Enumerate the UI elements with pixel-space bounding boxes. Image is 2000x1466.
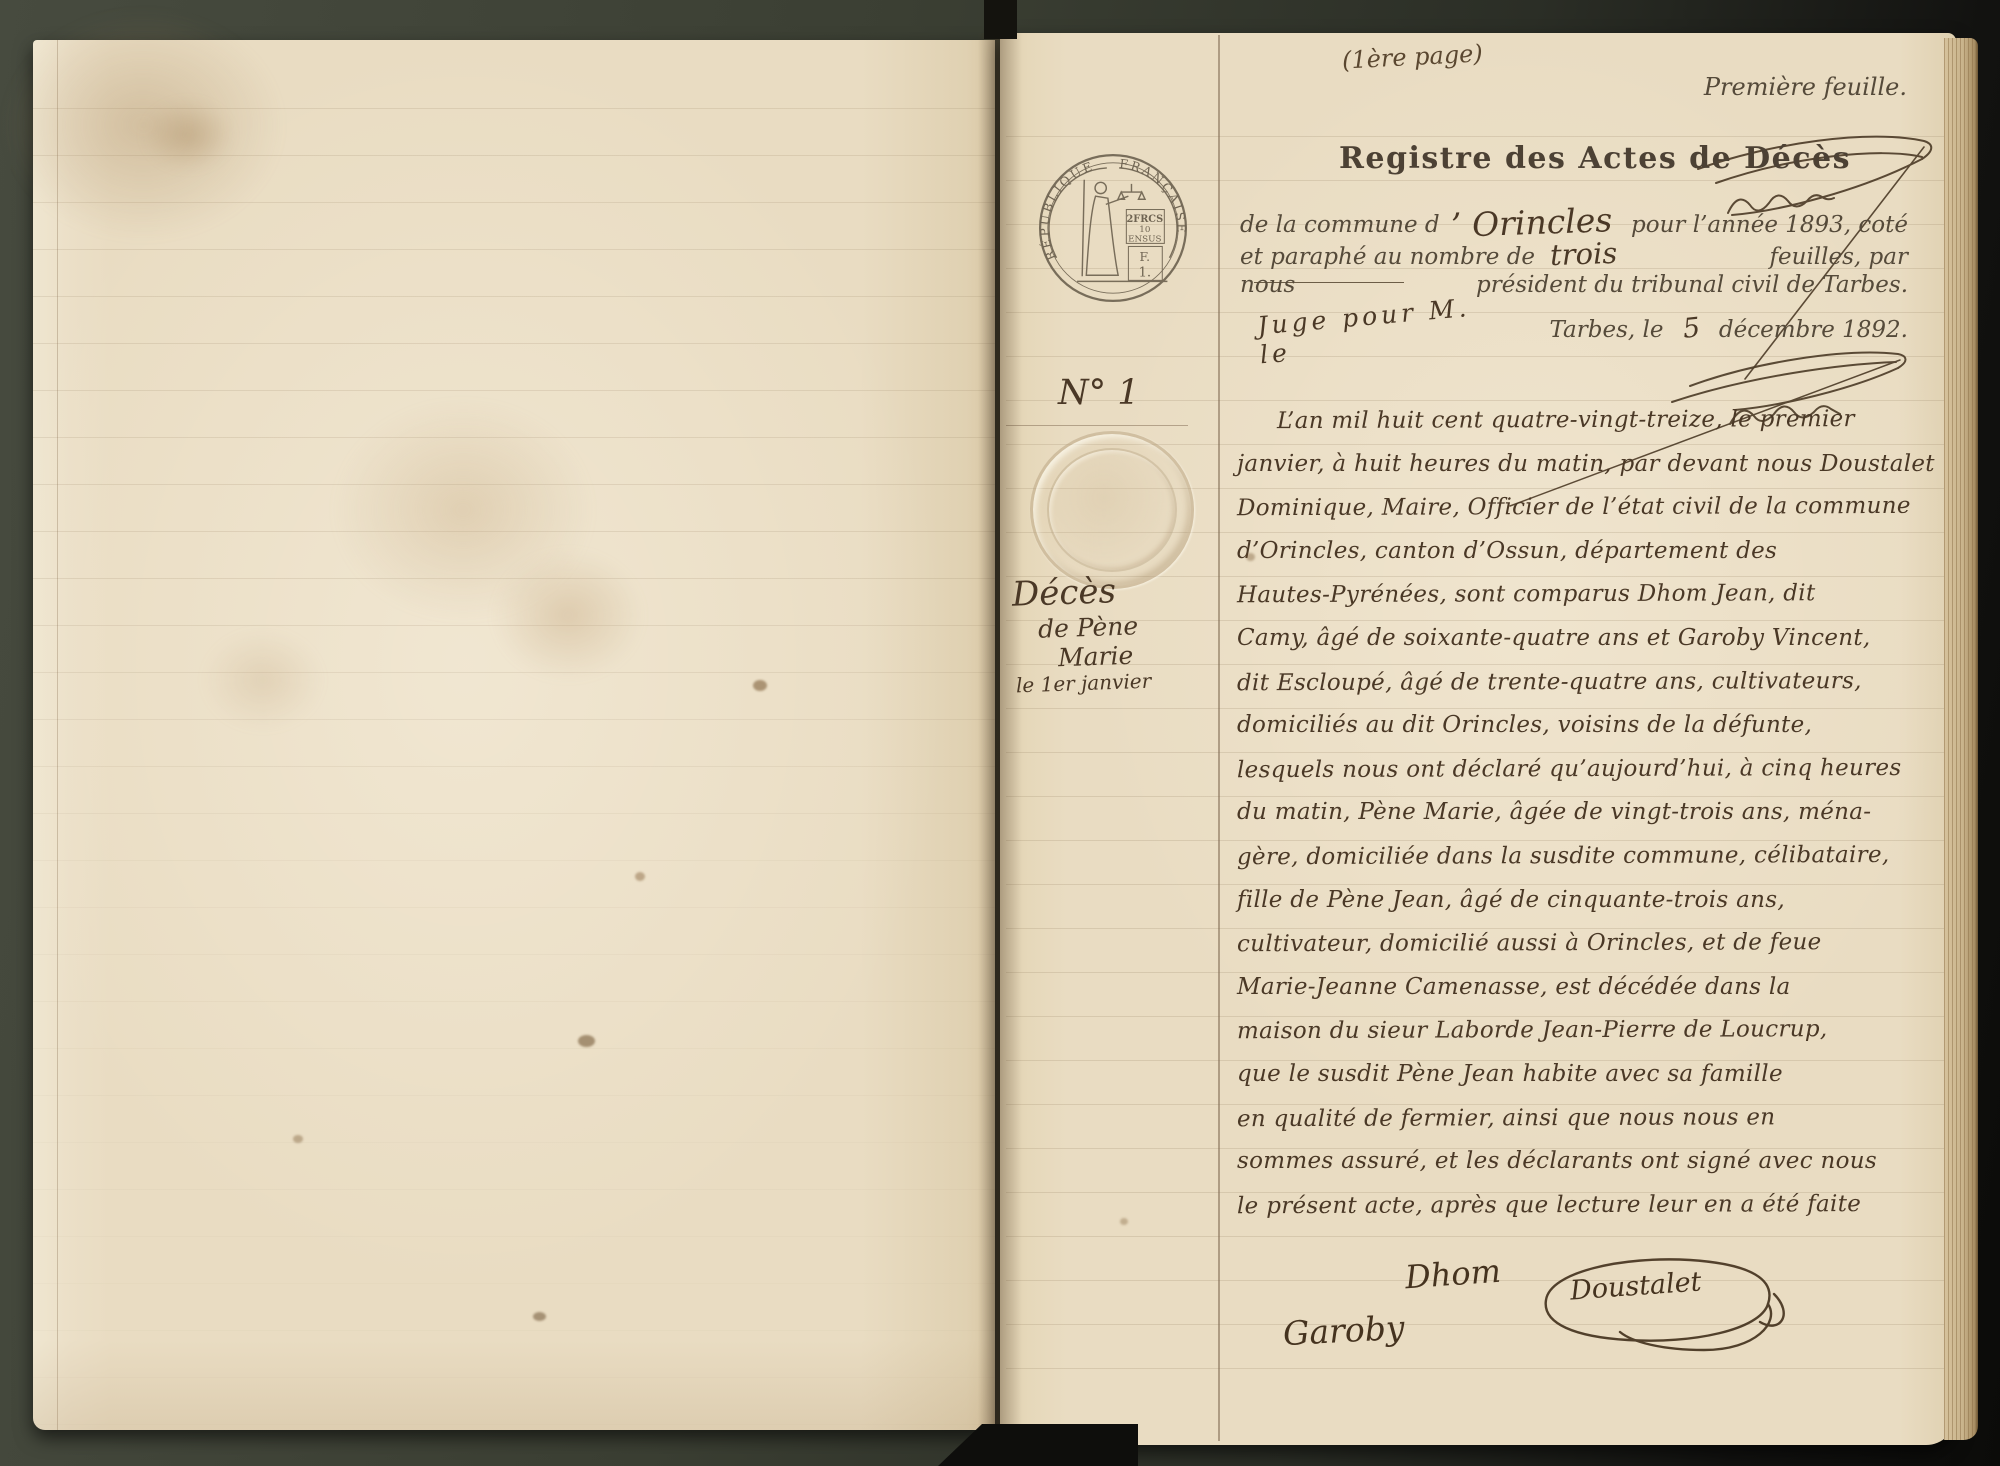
- printed-text: feuilles, par: [1770, 244, 1908, 270]
- svg-text:RÉPUBLIQUE: RÉPUBLIQUE: [1038, 159, 1097, 262]
- paper-stain: [203, 630, 323, 730]
- revenue-stamp-icon: RÉPUBLIQUE FRANÇAISE 2FRCS 10 ENSUS F. 1…: [1036, 151, 1190, 305]
- signature-garoby: Garoby: [1282, 1308, 1405, 1353]
- foxing-speck: [533, 1312, 546, 1321]
- margin-note: Décès de Pène Marie le 1er janvier: [1012, 573, 1212, 695]
- paper-stain: [493, 550, 643, 680]
- foxing-speck: [578, 1035, 595, 1047]
- embossed-seal: [1030, 431, 1194, 589]
- body-line: d’Orincles, canton d’Ossun, département …: [1237, 530, 1943, 574]
- ruled-lines: [33, 62, 995, 1430]
- body-line: fille de Pène Jean, âgé de cinquante-tro…: [1237, 879, 1943, 923]
- paper-stain: [143, 100, 233, 170]
- printed-text: pour l’année 1893, coté: [1631, 212, 1908, 238]
- body-line: cultivateur, domicilié aussi à Orincles,…: [1237, 921, 1943, 967]
- body-line: sommes assuré, et les déclarants ont sig…: [1237, 1140, 1943, 1184]
- body-line: lesquels nous ont déclaré qu’aujourd’hui…: [1237, 747, 1943, 793]
- stamp-arc-left: RÉPUBLIQUE: [1038, 159, 1097, 262]
- body-line: le présent acte, après que lecture leur …: [1237, 1182, 1943, 1228]
- body-line: Camy, âgé de soixante-quatre ans et Garo…: [1237, 617, 1943, 661]
- foxing-speck: [293, 1135, 303, 1143]
- body-line: en qualité de fermier, ainsi que nous no…: [1237, 1095, 1943, 1141]
- signature-oval-flourish-icon: [1512, 1238, 1802, 1378]
- act-body: L’an mil huit cent quatre-vingt-treize, …: [1237, 399, 1943, 1227]
- form-line-commune: de la commune d ’ Orincles pour l’année …: [1240, 201, 1908, 240]
- body-line: Hautes-Pyrénées, sont comparus Dhom Jean…: [1237, 572, 1943, 618]
- printed-text: de la commune d: [1240, 212, 1440, 238]
- gutter-shadow: [978, 33, 1022, 1433]
- page-title: Registre des Actes de Décès: [1250, 141, 1940, 176]
- foxing-speck: [1120, 1218, 1128, 1225]
- page-edge-stack: [1944, 38, 1978, 1440]
- binding-shadow-bottom: [938, 1424, 1138, 1466]
- body-line: Marie-Jeanne Camenasse, est décédée dans…: [1237, 966, 1943, 1010]
- foxing-speck: [753, 680, 767, 691]
- margin-note-line: Décès: [1011, 571, 1116, 615]
- body-line: janvier, à huit heures du matin, par dev…: [1237, 443, 1943, 487]
- stamp-value: ENSUS: [1128, 234, 1161, 244]
- body-line: maison du sieur Laborde Jean-Pierre de L…: [1237, 1008, 1943, 1054]
- body-line: du matin, Pène Marie, âgée de vingt-troi…: [1237, 791, 1943, 835]
- margin-rule: [1218, 35, 1220, 1441]
- margin-note-line: Marie: [1058, 641, 1134, 673]
- foxing-speck: [635, 872, 645, 881]
- margin-note-line: de Pène: [1038, 611, 1139, 643]
- act-number: N° 1: [1058, 373, 1140, 413]
- body-line: que le susdit Pène Jean habite avec sa f…: [1237, 1053, 1943, 1097]
- body-line: Dominique, Maire, Officier de l’état civ…: [1237, 485, 1943, 531]
- page-number-note: (1ère page): [1341, 39, 1483, 74]
- right-page: RÉPUBLIQUE FRANÇAISE 2FRCS 10 ENSUS F. 1…: [1000, 33, 1956, 1445]
- signature-dhom: Dhom: [1404, 1252, 1502, 1297]
- foxing-speck: [1246, 553, 1255, 561]
- body-line: dit Escloupé, âgé de trente-quatre ans, …: [1237, 659, 1943, 705]
- act-number-underline: [1006, 425, 1188, 426]
- body-line: L’an mil huit cent quatre-vingt-treize, …: [1237, 398, 1943, 444]
- printed-text: président du tribunal civil de Tarbes.: [1476, 272, 1908, 298]
- binding-strip-top: [984, 0, 1017, 39]
- printed-text: nous: [1240, 272, 1295, 298]
- body-line: gère, domiciliée dans la susdite commune…: [1237, 834, 1943, 880]
- handwritten-count: trois: [1550, 236, 1618, 272]
- margin-note-line: le 1er janvier: [1016, 669, 1152, 698]
- printed-text: et paraphé au nombre de: [1240, 244, 1535, 270]
- under-sheet-edge: [57, 40, 58, 1430]
- stamp-value: F.: [1140, 250, 1151, 264]
- body-line: domiciliés au dit Orincles, voisins de l…: [1237, 704, 1943, 748]
- stamp-value: 2FRCS: [1127, 214, 1164, 225]
- paper-stain: [3, 10, 283, 240]
- stamp-value: 1.: [1138, 265, 1151, 280]
- left-page: [33, 40, 995, 1430]
- edge-browning: [33, 1340, 995, 1430]
